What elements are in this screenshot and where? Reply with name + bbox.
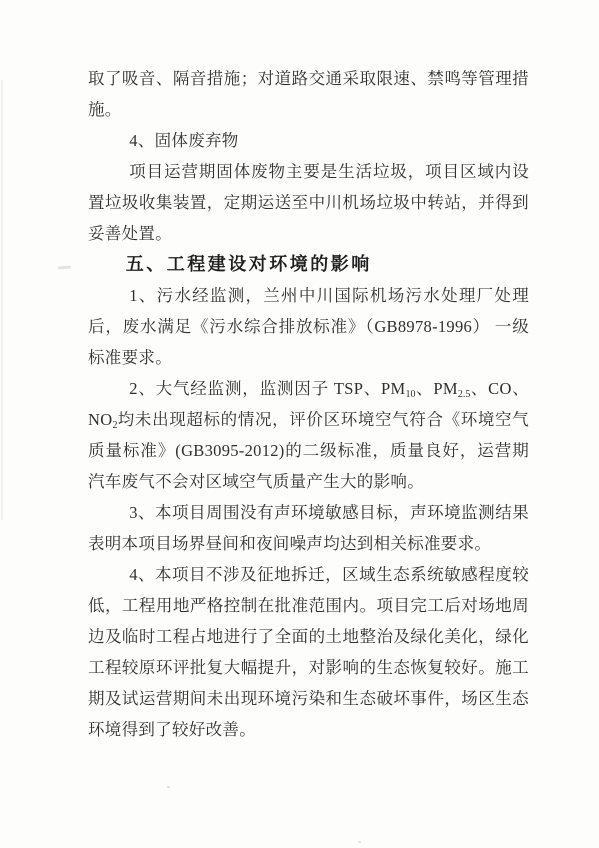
body-paragraph: 4、本项目不涉及征地拆迁，区域生态系统敏感程度较低，工程用地严格控制在批准范围内… <box>88 559 529 745</box>
scan-edge-artifact <box>1 80 3 520</box>
text-run: 取了吸音、隔音措施；对道路交通采取限速、禁鸣等管理措施。 <box>88 69 529 119</box>
text-run: 3、本项目周围没有声环境敏感目标，声环境监测结果表明本项目场界昼间和夜间噪声均达… <box>88 503 529 553</box>
body-paragraph: 2、大气经监测，监测因子 TSP、PM10、PM2.5、CO、NO2均未出现超标… <box>88 373 529 497</box>
document-page: 取了吸音、隔音措施；对道路交通采取限速、禁鸣等管理措施。4、固体废弃物项目运营期… <box>0 0 599 848</box>
body-paragraph: 取了吸音、隔音措施；对道路交通采取限速、禁鸣等管理措施。 <box>88 63 529 125</box>
body-paragraph: 项目运营期固体废物主要是生活垃圾，项目区域内设置垃圾收集装置，定期运送至中川机场… <box>88 156 529 249</box>
text-run: 4、本项目不涉及征地拆迁，区域生态系统敏感程度较低，工程用地严格控制在批准范围内… <box>88 565 529 739</box>
body-paragraph: 4、固体废弃物 <box>88 125 529 156</box>
text-run: 2、大气经监测，监测因子 TSP、PM <box>129 379 405 398</box>
body-paragraph: 1、污水经监测，兰州中川国际机场污水处理厂处理后，废水满足《污水综合排放标准》（… <box>88 280 529 373</box>
text-run: 4、固体废弃物 <box>129 131 238 150</box>
body-paragraph: 3、本项目周围没有声环境敏感目标，声环境监测结果表明本项目场界昼间和夜间噪声均达… <box>88 497 529 559</box>
text-run: 项目运营期固体废物主要是生活垃圾，项目区域内设置垃圾收集装置，定期运送至中川机场… <box>88 162 529 243</box>
section-heading: 五、工程建设对环境的影响 <box>88 249 529 280</box>
text-run: 、PM <box>416 379 458 398</box>
subscript-text: 10 <box>406 389 416 400</box>
text-run: 1、污水经监测，兰州中川国际机场污水处理厂处理后，废水满足《污水综合排放标准》（… <box>88 286 529 367</box>
scan-speck-artifact <box>167 786 170 788</box>
scan-speck-artifact <box>358 841 361 843</box>
subscript-text: 2.5 <box>458 389 471 400</box>
scan-smudge-artifact <box>58 266 71 270</box>
text-run: 均未出现超标的情况，评价区环境空气符合《环境空气质量标准》(GB3095-201… <box>88 410 529 491</box>
text-run: 五、工程建设对环境的影响 <box>126 254 372 274</box>
document-content: 取了吸音、隔音措施；对道路交通采取限速、禁鸣等管理措施。4、固体废弃物项目运营期… <box>88 63 529 745</box>
